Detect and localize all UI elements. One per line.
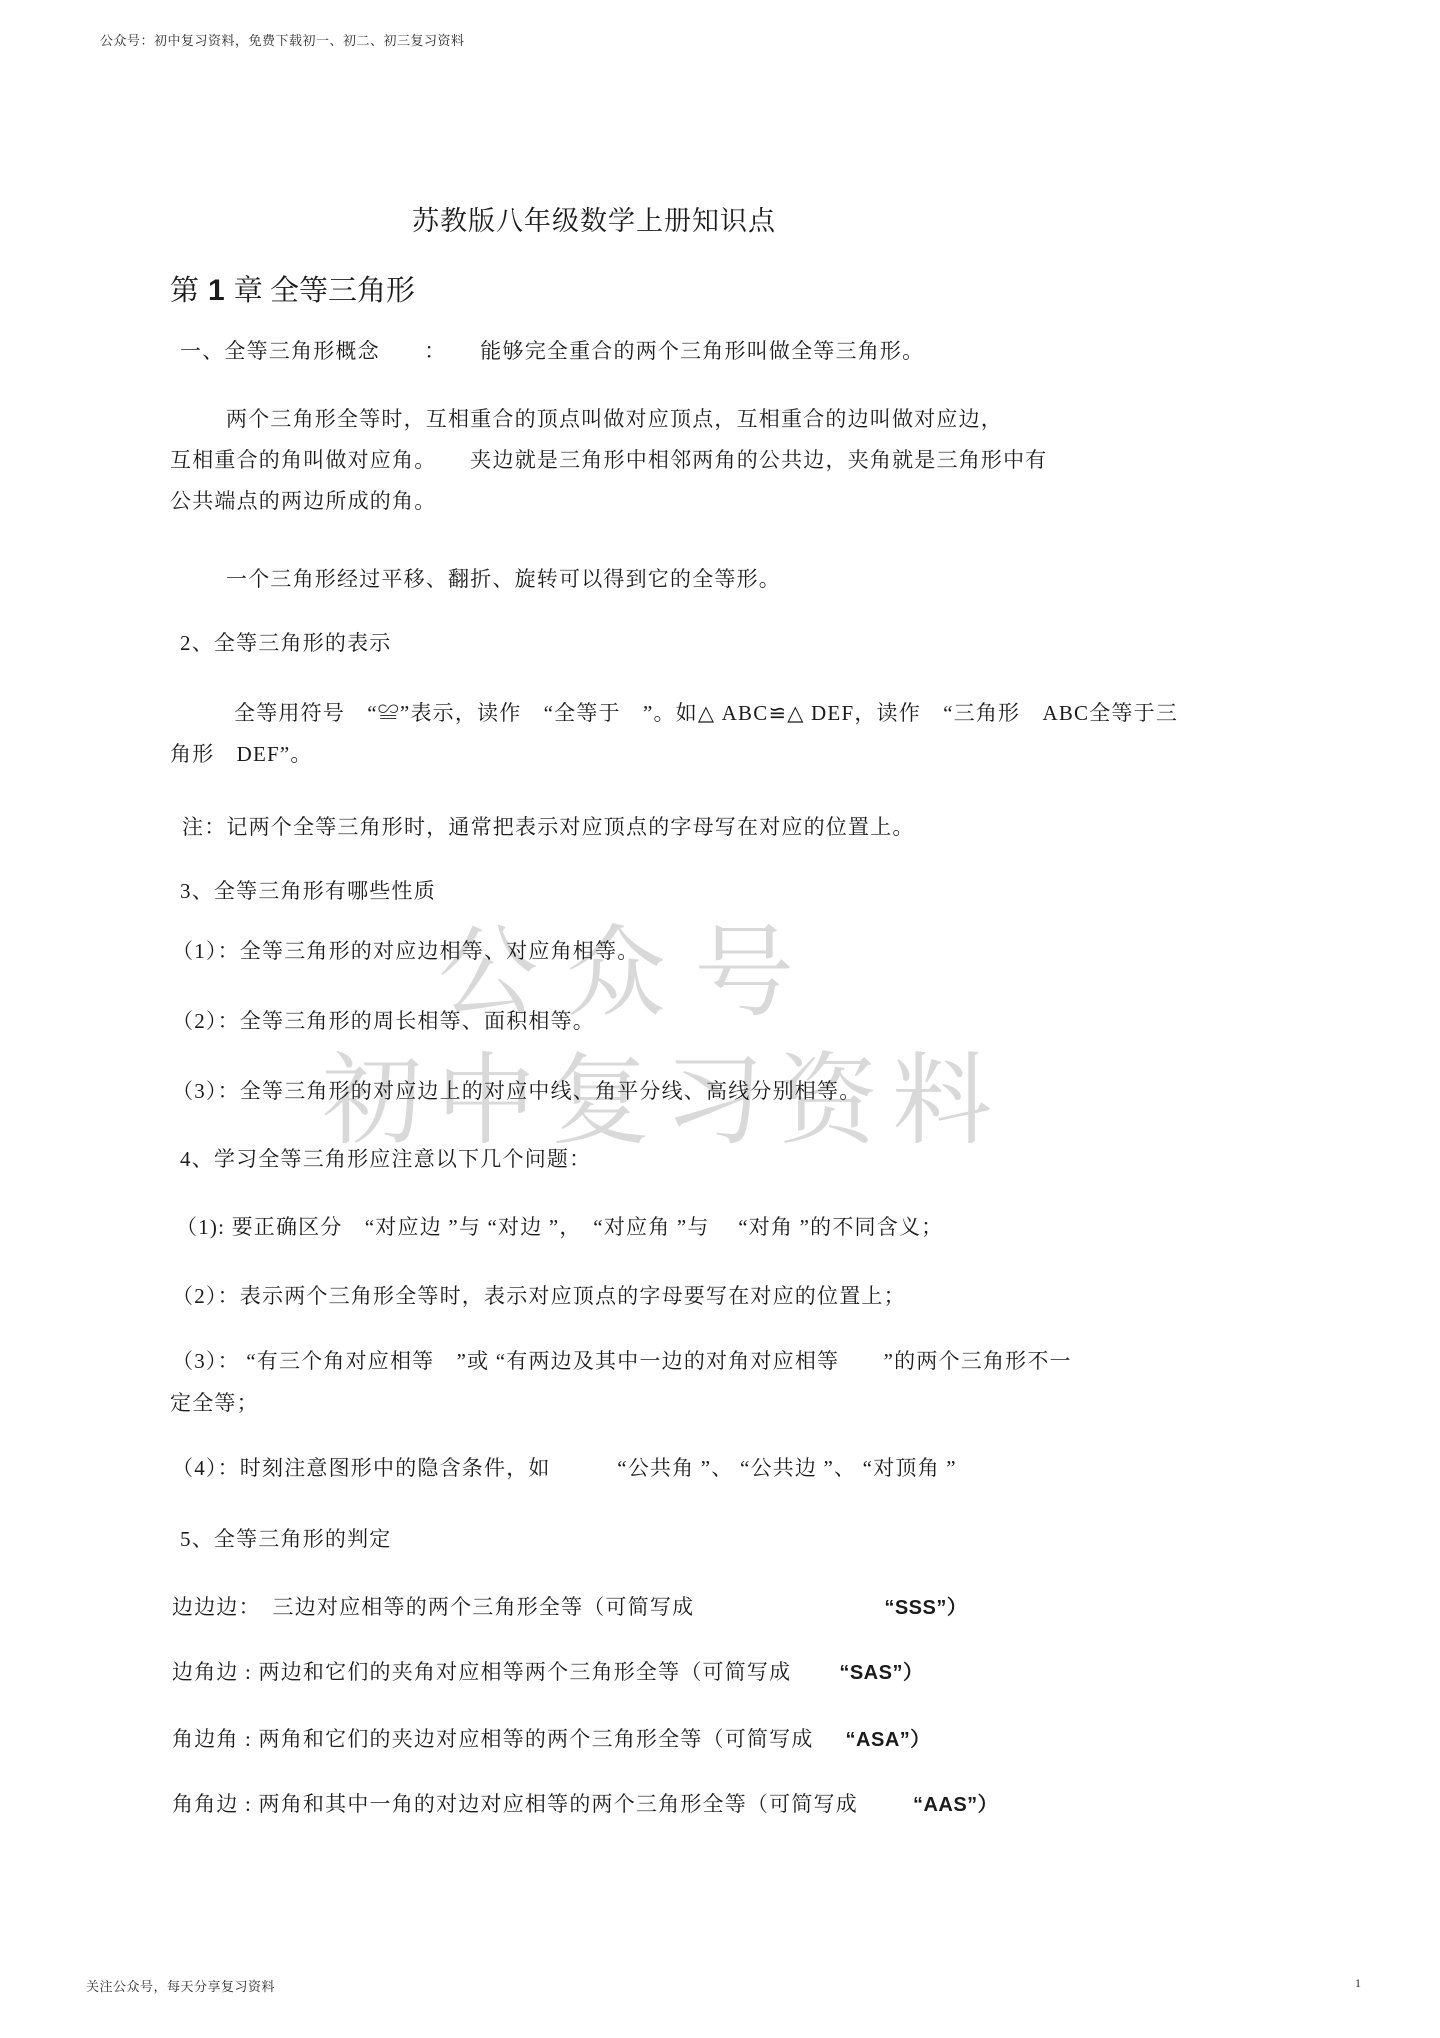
text-line-transform: 一个三角形经过平移、翻折、旋转可以得到它的全等形。: [226, 566, 781, 592]
judgement-sas-abbr: “SAS”）: [839, 1662, 923, 1684]
section-3-heading: 3、全等三角形有哪些性质: [180, 878, 436, 904]
judgement-sss-abbr: “SSS”）: [884, 1597, 967, 1619]
attention-item-3: （3）： “有三个角对应相等 ”或 “有两边及其中一边的对角对应相等 ”的两个三…: [172, 1348, 1072, 1374]
judgement-aas: 角角边 : 两角和其中一角的对边对应相等的两个三角形全等（可简写成“AAS”）: [172, 1791, 998, 1818]
judgement-sas: 边角边 : 两边和它们的夹角对应相等两个三角形全等（可简写成“SAS”）: [172, 1659, 923, 1686]
text-line-para1-2: 互相重合的角叫做对应角。 夹边就是三角形中相邻两角的公共边，夹角就是三角形中有: [170, 447, 1048, 473]
text-line-symbol-2: 角形 DEF”。: [170, 741, 313, 767]
chapter-number: 1: [208, 274, 225, 307]
text-line-symbol-1: 全等用符号 “≌”表示，读作 “全等于 ”。如△ ABC≌△ DEF，读作 “三…: [234, 700, 1178, 726]
judgement-asa-abbr: “ASA”）: [846, 1729, 931, 1751]
chapter-title: 章 全等三角形: [234, 275, 415, 307]
property-item-2: （2）：全等三角形的周长相等、面积相等。: [172, 1008, 595, 1034]
text-line-note: 注：记两个全等三角形时，通常把表示对应顶点的字母写在对应的位置上。: [182, 814, 915, 840]
judgement-asa: 角边角 : 两角和它们的夹边对应相等的两个三角形全等（可简写成“ASA”）: [172, 1726, 931, 1753]
document-page: 公众号：初中复习资料，免费下载初一、初二、初三复习资料 公众号 初中复习资料 苏…: [0, 0, 1440, 2038]
text-line-concept: 一、全等三角形概念 ： 能够完全重合的两个三角形叫做全等三角形。: [180, 338, 924, 364]
judgement-sas-text: 边角边 : 两边和它们的夹角对应相等两个三角形全等（可简写成: [172, 1660, 791, 1684]
judgement-sss: 边边边： 三边对应相等的两个三角形全等（可简写成“SSS”）: [172, 1594, 967, 1621]
text-line-para1-3: 公共端点的两边所成的角。: [170, 488, 436, 514]
judgement-asa-text: 角边角 : 两角和它们的夹边对应相等的两个三角形全等（可简写成: [172, 1727, 814, 1751]
property-item-1: （1）：全等三角形的对应边相等、对应角相等。: [172, 938, 639, 964]
attention-item-2: （2）：表示两个三角形全等时，表示对应顶点的字母要写在对应的位置上；: [172, 1283, 906, 1309]
page-number: 1: [1355, 1976, 1361, 1991]
attention-item-3-cont: 定全等；: [170, 1390, 259, 1416]
judgement-aas-abbr: “AAS”）: [913, 1794, 998, 1816]
header-note: 公众号：初中复习资料，免费下载初一、初二、初三复习资料: [100, 30, 465, 49]
attention-item-1: （1): 要正确区分 “对应边 ”与 “对边 ”， “对应角 ”与 “对角 ”的…: [176, 1214, 943, 1240]
chapter-prefix: 第: [170, 275, 199, 307]
section-2-heading: 2、全等三角形的表示: [180, 630, 392, 656]
text-line-para1-1: 两个三角形全等时，互相重合的顶点叫做对应顶点，互相重合的边叫做对应边，: [226, 406, 1003, 432]
judgement-sss-text: 边边边： 三边对应相等的两个三角形全等（可简写成: [172, 1595, 694, 1619]
chapter-heading: 第1章 全等三角形: [170, 268, 415, 309]
property-item-3: （3）：全等三角形的对应边上的对应中线、角平分线、高线分别相等。: [172, 1078, 861, 1104]
section-5-heading: 5、全等三角形的判定: [180, 1526, 392, 1552]
attention-item-4: （4）：时刻注意图形中的隐含条件，如 “公共角 ”、 “公共边 ”、 “对顶角 …: [172, 1455, 957, 1481]
document-title: 苏教版八年级数学上册知识点: [412, 199, 776, 238]
judgement-aas-text: 角角边 : 两角和其中一角的对边对应相等的两个三角形全等（可简写成: [172, 1792, 858, 1816]
section-4-heading: 4、学习全等三角形应注意以下几个问题：: [180, 1146, 591, 1172]
footer-note: 关注公众号，每天分享复习资料: [86, 1976, 275, 1995]
